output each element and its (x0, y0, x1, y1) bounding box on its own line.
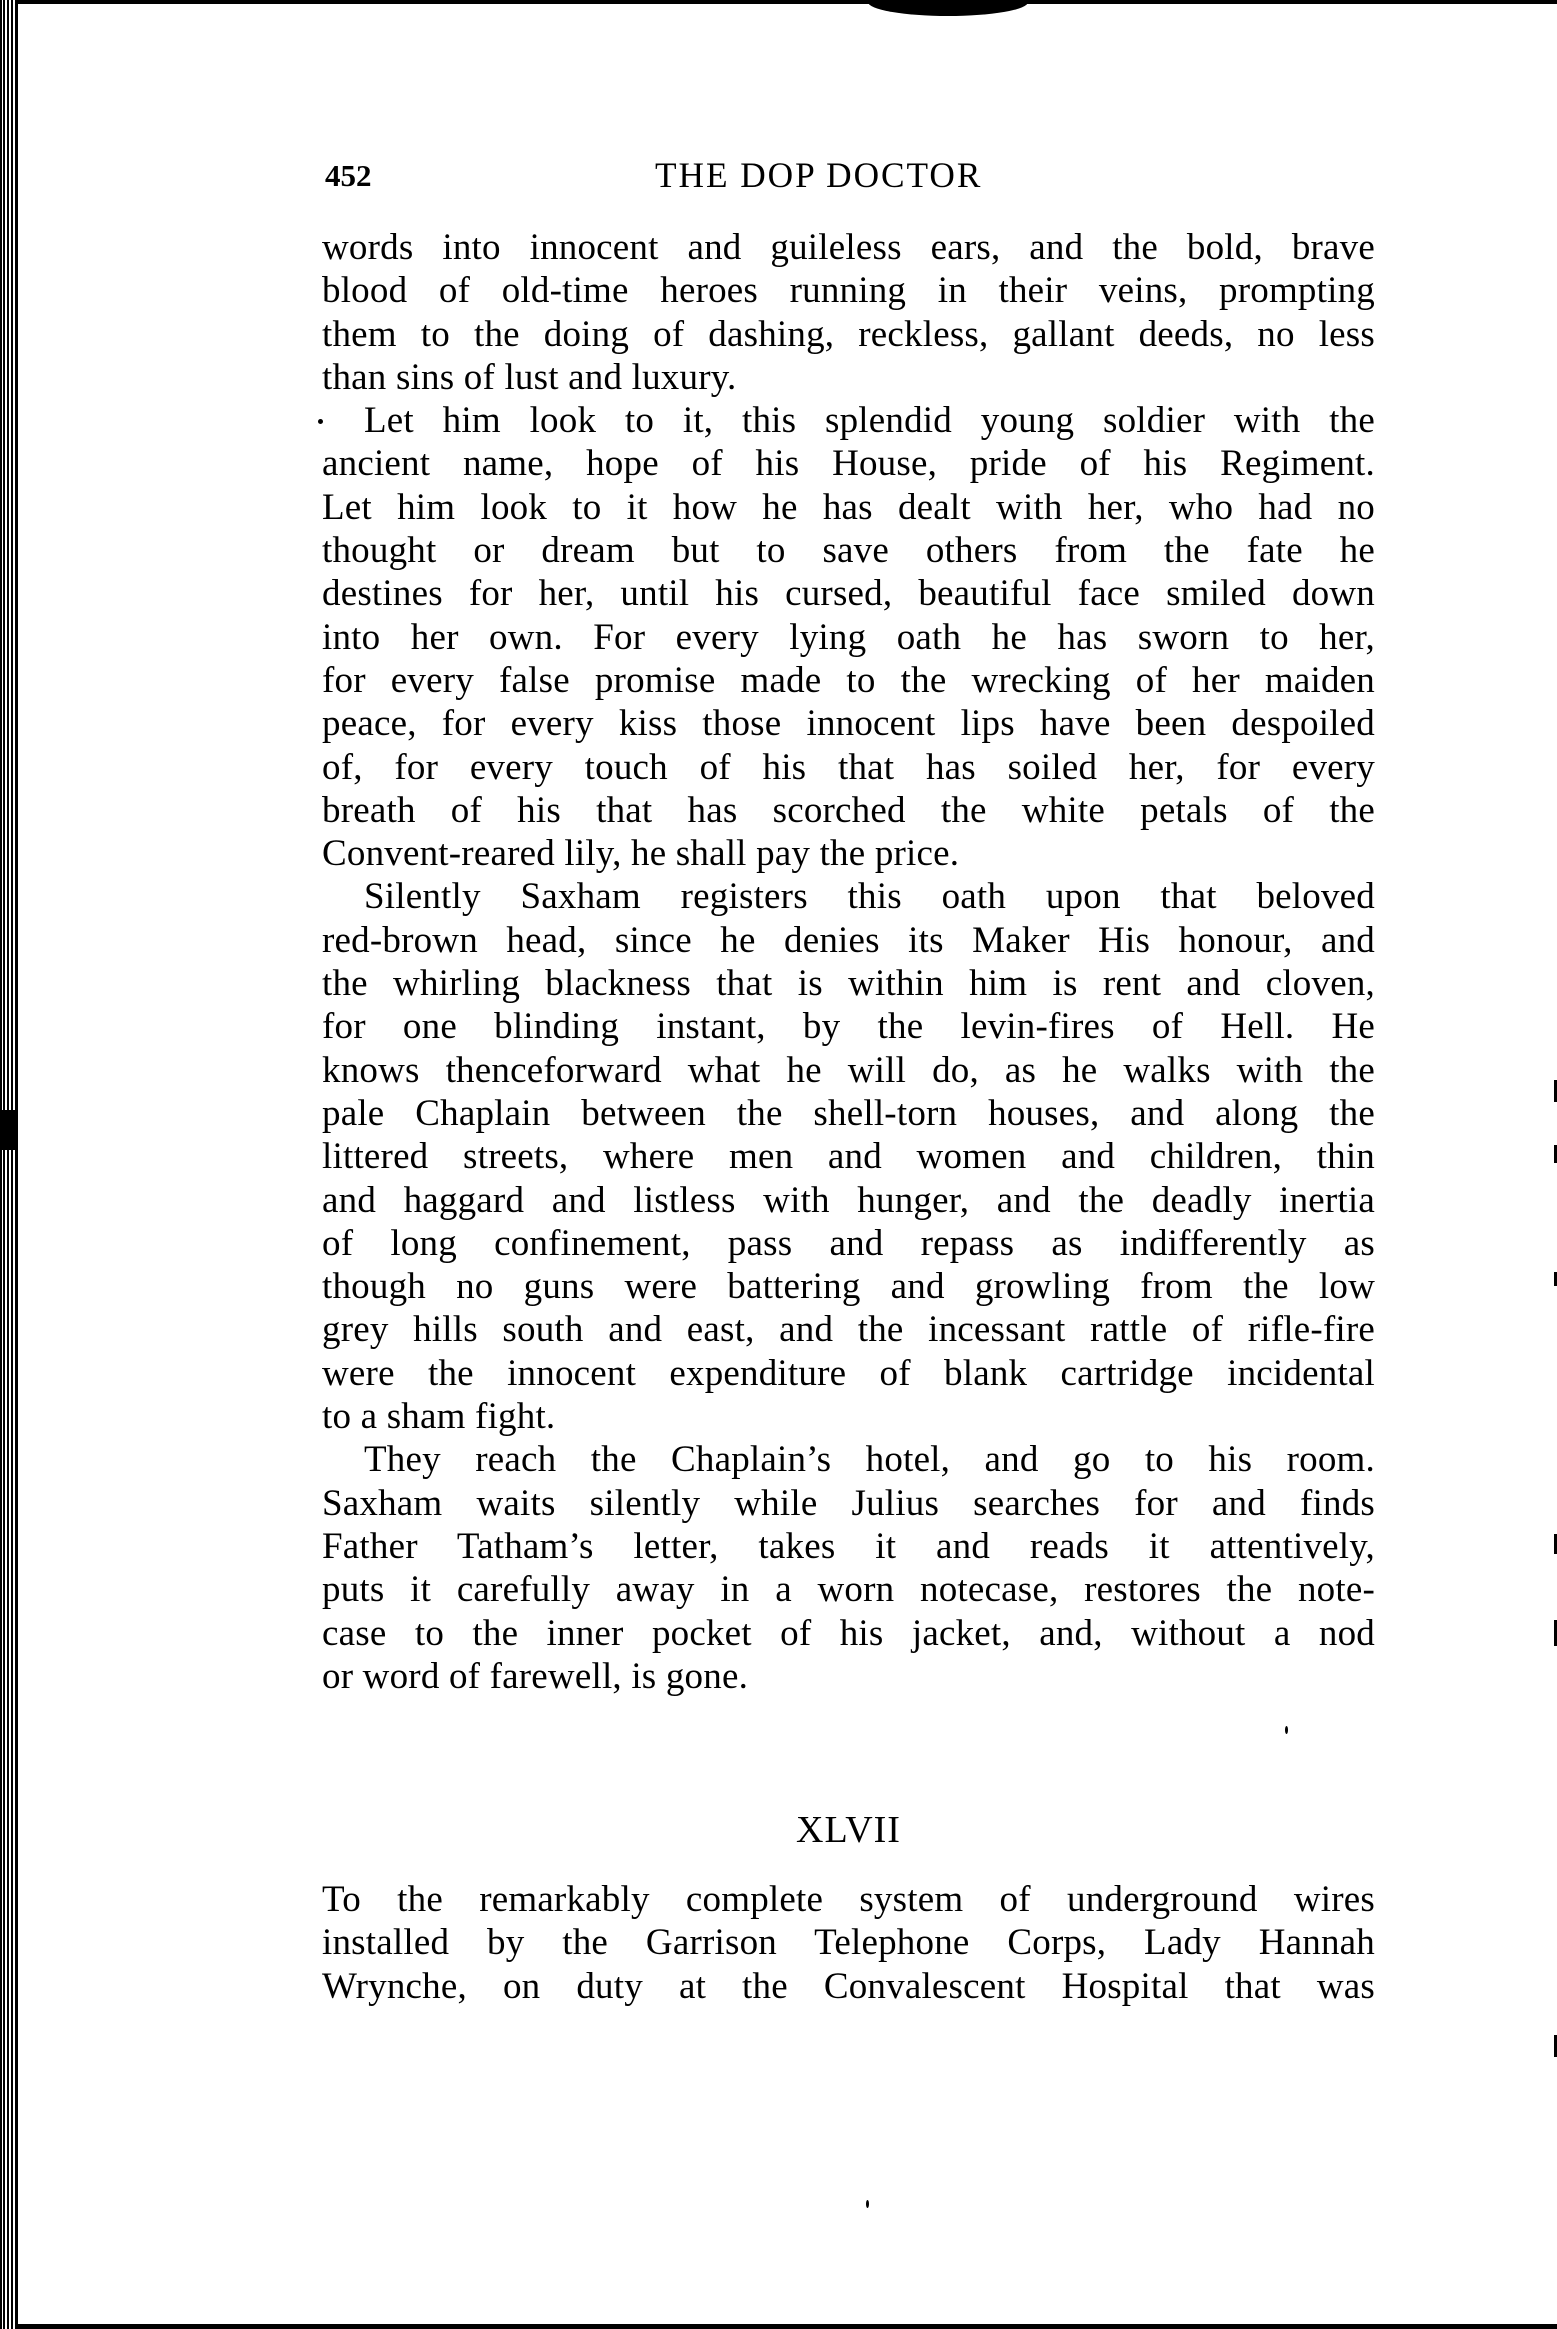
chapter-opening: To the remarkably complete system of und… (322, 1878, 1375, 2008)
text-line: than sins of lust and luxury. (322, 356, 1375, 399)
text-line: them to the doing of dashing, reckless, … (322, 313, 1375, 356)
scan-border-bottom (0, 2324, 1557, 2329)
text-line: puts it carefully away in a worn notecas… (322, 1568, 1375, 1611)
text-line: to a sham fight. (322, 1395, 1375, 1438)
text-line: Let him look to it, this splendid young … (322, 399, 1375, 442)
text-line: blood of old-time heroes running in thei… (322, 269, 1375, 312)
binding-shadow (0, 1110, 16, 1150)
text-line: installed by the Garrison Telephone Corp… (322, 1921, 1375, 1964)
scan-speck (866, 2200, 869, 2208)
text-line: and haggard and listless with hunger, an… (322, 1179, 1375, 1222)
paragraph: Silently Saxham registers this oath upon… (322, 875, 1375, 1438)
scan-border-top (0, 0, 1557, 4)
text-line: breath of his that has scorched the whit… (322, 789, 1375, 832)
text-line: littered streets, where men and women an… (322, 1135, 1375, 1178)
text-line: Father Tatham’s letter, takes it and rea… (322, 1525, 1375, 1568)
chapter-heading: XLVII (322, 1808, 1375, 1852)
running-head: 452 THE DOP DOCTOR (322, 154, 1375, 198)
scan-clip-mark (868, 2, 1028, 16)
text-line: though no guns were battering and growli… (322, 1265, 1375, 1308)
text-line: thought or dream but to save others from… (322, 529, 1375, 572)
page-number: 452 (325, 158, 372, 194)
text-line: of, for every touch of his that has soil… (322, 746, 1375, 789)
paragraph: They reach the Chaplain’s hotel, and go … (322, 1438, 1375, 1698)
binding-edge (0, 0, 18, 2329)
paragraph: words into innocent and guileless ears, … (322, 226, 1375, 399)
text-line: words into innocent and guileless ears, … (322, 226, 1375, 269)
text-line: To the remarkably complete system of und… (322, 1878, 1375, 1921)
paragraph: Let him look to it, this splendid young … (322, 399, 1375, 875)
running-title: THE DOP DOCTOR (655, 154, 982, 196)
text-line: red-brown head, since he denies its Make… (322, 919, 1375, 962)
text-line: Wrynche, on duty at the Convalescent Hos… (322, 1965, 1375, 2008)
text-line: for one blinding instant, by the levin-f… (322, 1005, 1375, 1048)
text-line: were the innocent expenditure of blank c… (322, 1352, 1375, 1395)
text-line: destines for her, until his cursed, beau… (322, 572, 1375, 615)
body-text: words into innocent and guileless ears, … (322, 226, 1375, 1698)
text-line: into her own. For every lying oath he ha… (322, 616, 1375, 659)
text-line: Saxham waits silently while Julius searc… (322, 1482, 1375, 1525)
text-line: peace, for every kiss those innocent lip… (322, 702, 1375, 745)
scan-speck (1285, 1726, 1288, 1734)
text-line: Silently Saxham registers this oath upon… (322, 875, 1375, 918)
text-line: for every false promise made to the wrec… (322, 659, 1375, 702)
text-line: pale Chaplain between the shell-torn hou… (322, 1092, 1375, 1135)
text-line: case to the inner pocket of his jacket, … (322, 1612, 1375, 1655)
text-line: Let him look to it how he has dealt with… (322, 486, 1375, 529)
text-line: grey hills south and east, and the inces… (322, 1308, 1375, 1351)
text-line: the whirling blackness that is within hi… (322, 962, 1375, 1005)
text-line: knows thenceforward what he will do, as … (322, 1049, 1375, 1092)
text-line: ancient name, hope of his House, pride o… (322, 442, 1375, 485)
text-line: Convent-reared lily, he shall pay the pr… (322, 832, 1375, 875)
text-line: of long confinement, pass and repass as … (322, 1222, 1375, 1265)
text-line: or word of farewell, is gone. (322, 1655, 1375, 1698)
text-line: They reach the Chaplain’s hotel, and go … (322, 1438, 1375, 1481)
